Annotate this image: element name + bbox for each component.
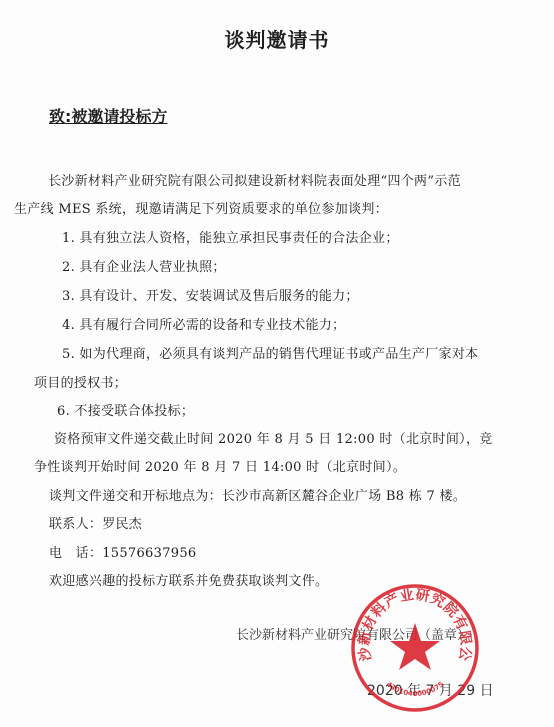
closing-text: 欢迎感兴趣的投标方联系并免费获取谈判文件。: [49, 570, 328, 589]
company-seal-icon: 长沙新材料产业研究院有限公司 4301040000075: [350, 583, 480, 713]
requirement-3: 3. 具有设计、开发、安装调试及售后服务的能力；: [62, 285, 359, 304]
document-title: 谈判邀请书: [0, 24, 554, 53]
addressee: 致:被邀请投标方: [49, 104, 167, 127]
requirement-1: 1. 具有独立法人资格，能独立承担民事责任的合法企业；: [62, 227, 399, 246]
location: 谈判文件递交和开标地点为：长沙市高新区麓谷企业广场 B8 栋 7 楼。: [49, 485, 466, 504]
phone: 电 话：15576637956: [49, 542, 196, 561]
requirement-4: 4. 具有履行合同所必需的设备和专业技术能力；: [62, 314, 345, 333]
deadline-line-1: 资格预审文件递交截止时间 2020 年 8 月 5 日 12:00 时（北京时间…: [54, 428, 493, 447]
deadline-line-2: 争性谈判开始时间 2020 年 8 月 7 日 14:00 时（北京时间）。: [34, 456, 406, 475]
svg-text:4301040000075: 4301040000075: [385, 680, 446, 698]
requirement-2: 2. 具有企业法人营业执照；: [62, 256, 226, 275]
requirement-5: 5. 如为代理商，必须具有谈判产品的销售代理证书或产品生产厂家对本: [62, 343, 478, 362]
invitation-letter: 谈判邀请书 致:被邀请投标方 长沙新材料产业研究院有限公司拟建设新材料院表面处理…: [0, 0, 554, 727]
contact-person: 联系人：罗民杰: [49, 513, 142, 532]
requirement-6: 6. 不接受联合体投标；: [57, 400, 194, 419]
requirement-5-cont: 项目的授权书；: [34, 372, 127, 391]
intro-line-2: 生产线 MES 系统，现邀请满足下列资质要求的单位参加谈判：: [14, 198, 388, 217]
intro-line-1: 长沙新材料产业研究院有限公司拟建设新材料院表面处理“四个两”示范: [48, 170, 461, 189]
